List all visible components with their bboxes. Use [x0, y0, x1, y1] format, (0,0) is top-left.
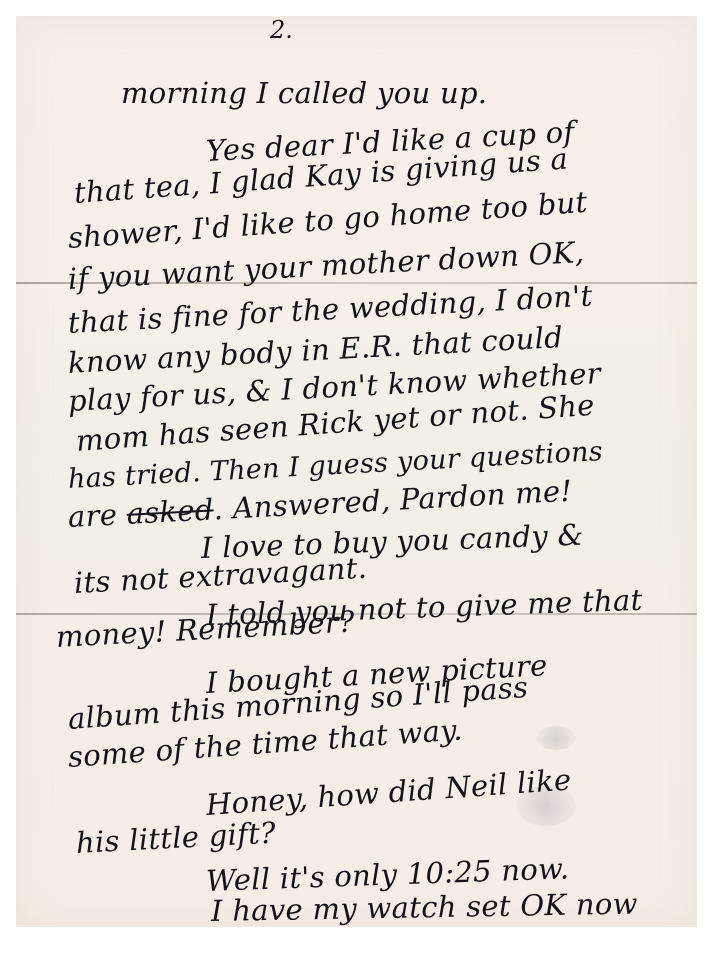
letter-line: morning I called you up. — [121, 76, 487, 110]
letter-line: its not extravagant. — [73, 551, 368, 600]
letter-page: 2. morning I called you up. Yes dear I'd… — [16, 16, 697, 927]
letter-line: his little gift? — [75, 816, 277, 860]
letter-line: I have my watch set OK now — [211, 887, 638, 927]
letter-line: money! Remember? — [55, 604, 356, 654]
struck-word: asked — [126, 492, 215, 531]
page-number: 2. — [270, 16, 293, 44]
letter-text: are — [67, 497, 118, 534]
ink-smudge — [536, 726, 576, 750]
